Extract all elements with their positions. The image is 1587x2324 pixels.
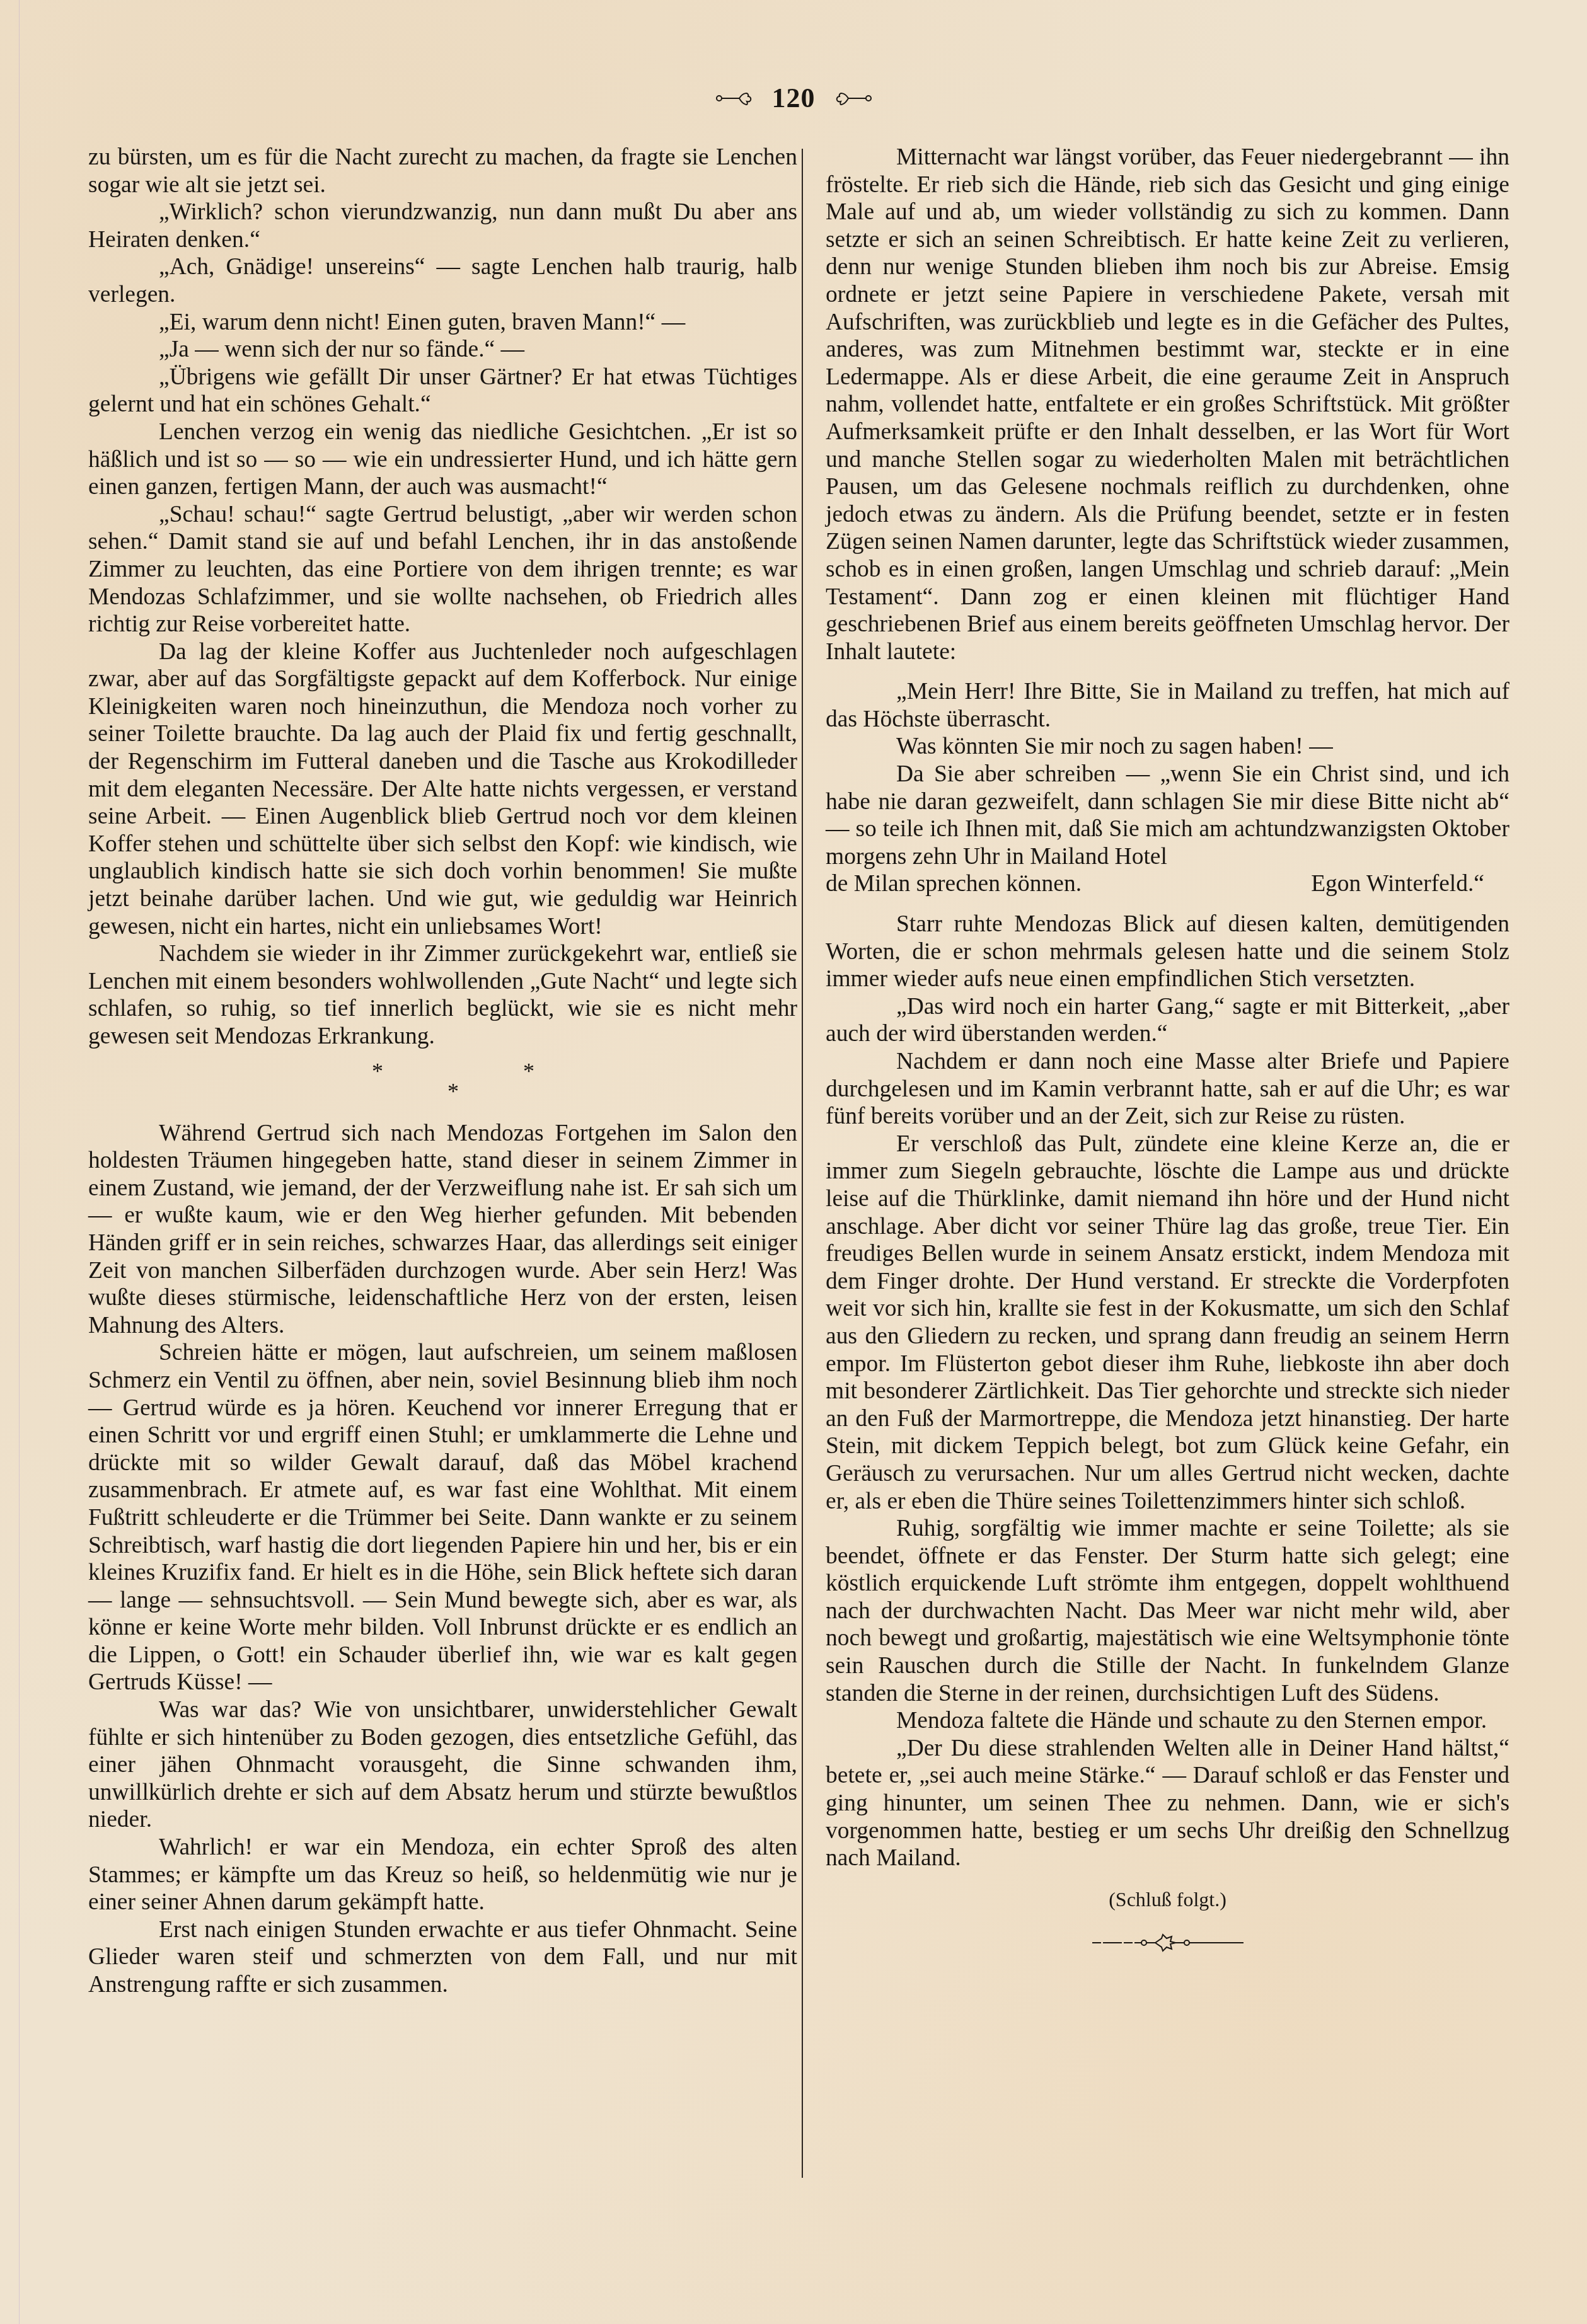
- paragraph: Ruhig, sorgfältig wie immer machte er se…: [826, 1515, 1509, 1707]
- right-column: Mitternacht war längst vorüber, das Feue…: [826, 144, 1509, 1952]
- paragraph: Nachdem er dann noch eine Masse alter Br…: [826, 1048, 1509, 1130]
- left-column: zu bürsten, um es für die Nacht zurecht …: [88, 144, 797, 1999]
- paragraph: Da lag der kleine Koffer aus Juchtenlede…: [88, 638, 797, 941]
- paragraph: Lenchen verzog ein wenig das niedliche G…: [88, 418, 797, 501]
- letter-paragraph: Was könnten Sie mir noch zu sagen haben!…: [826, 733, 1509, 761]
- letter-signature: Egon Winterfeld.“: [1311, 870, 1509, 898]
- asterisk: *: [523, 1058, 534, 1086]
- scan-margin-line: [19, 0, 20, 2324]
- page-number: 120: [772, 82, 816, 114]
- quoted-letter: „Mein Herr! Ihre Bitte, Sie in Mailand z…: [826, 678, 1509, 898]
- asterisk: *: [447, 1078, 459, 1106]
- paragraph: „Übrigens wie gefällt Dir unser Gärtner?…: [88, 364, 797, 418]
- paragraph: Mendoza faltete die Hände und schaute zu…: [826, 1707, 1509, 1735]
- letter-closing-line: de Milan sprechen können. Egon Winterfel…: [826, 870, 1509, 898]
- flower-rule-ornament-icon: [826, 1933, 1509, 1952]
- ornament-left-icon: [715, 89, 753, 108]
- paragraph: „Ei, warum denn nicht! Einen guten, brav…: [88, 309, 797, 337]
- letter-paragraph: Da Sie aber schreiben — „wenn Sie ein Ch…: [826, 761, 1509, 870]
- paragraph: Er verschloß das Pult, zündete eine klei…: [826, 1130, 1509, 1515]
- paragraph: Schreien hätte er mögen, laut aufschreie…: [88, 1339, 797, 1696]
- paragraph: zu bürsten, um es für die Nacht zurecht …: [88, 144, 797, 198]
- paragraph: Erst nach einigen Stunden erwachte er au…: [88, 1916, 797, 1999]
- paragraph: „Das wird noch ein harter Gang,“ sagte e…: [826, 993, 1509, 1048]
- paragraph: Während Gertrud sich nach Mendozas Fortg…: [88, 1120, 797, 1340]
- newspaper-page: 120 zu bürsten, um es für die Nacht zure…: [0, 0, 1587, 2324]
- letter-last-line: de Milan sprechen können.: [826, 870, 1082, 898]
- paragraph: „Der Du diese strahlenden Welten alle in…: [826, 1735, 1509, 1872]
- paragraph: „Wirklich? schon vierundzwanzig, nun dan…: [88, 198, 797, 253]
- paragraph: Starr ruhte Mendozas Blick auf diesen ka…: [826, 911, 1509, 993]
- paragraph: „Ach, Gnädige! unsereins“ — sagte Lenche…: [88, 253, 797, 308]
- paragraph: „Schau! schau!“ sagte Gertrud belustigt,…: [88, 501, 797, 638]
- paragraph: „Ja — wenn sich der nur so fände.“ —: [88, 336, 797, 364]
- letter-paragraph: „Mein Herr! Ihre Bitte, Sie in Mailand z…: [826, 678, 1509, 733]
- asterisk: *: [372, 1058, 383, 1086]
- paragraph: Wahrlich! er war ein Mendoza, ein echter…: [88, 1834, 797, 1916]
- to-be-continued-note: (Schluß folgt.): [826, 1886, 1509, 1914]
- paragraph: Was war das? Wie von unsichtbarer, unwid…: [88, 1696, 797, 1834]
- section-break: * * *: [88, 1050, 797, 1120]
- ornament-right-icon: [834, 89, 872, 108]
- column-divider: [802, 149, 803, 2178]
- paragraph: Nachdem sie wieder in ihr Zimmer zurückg…: [88, 940, 797, 1050]
- paragraph: Mitternacht war längst vorüber, das Feue…: [826, 144, 1509, 665]
- page-header: 120: [0, 82, 1587, 114]
